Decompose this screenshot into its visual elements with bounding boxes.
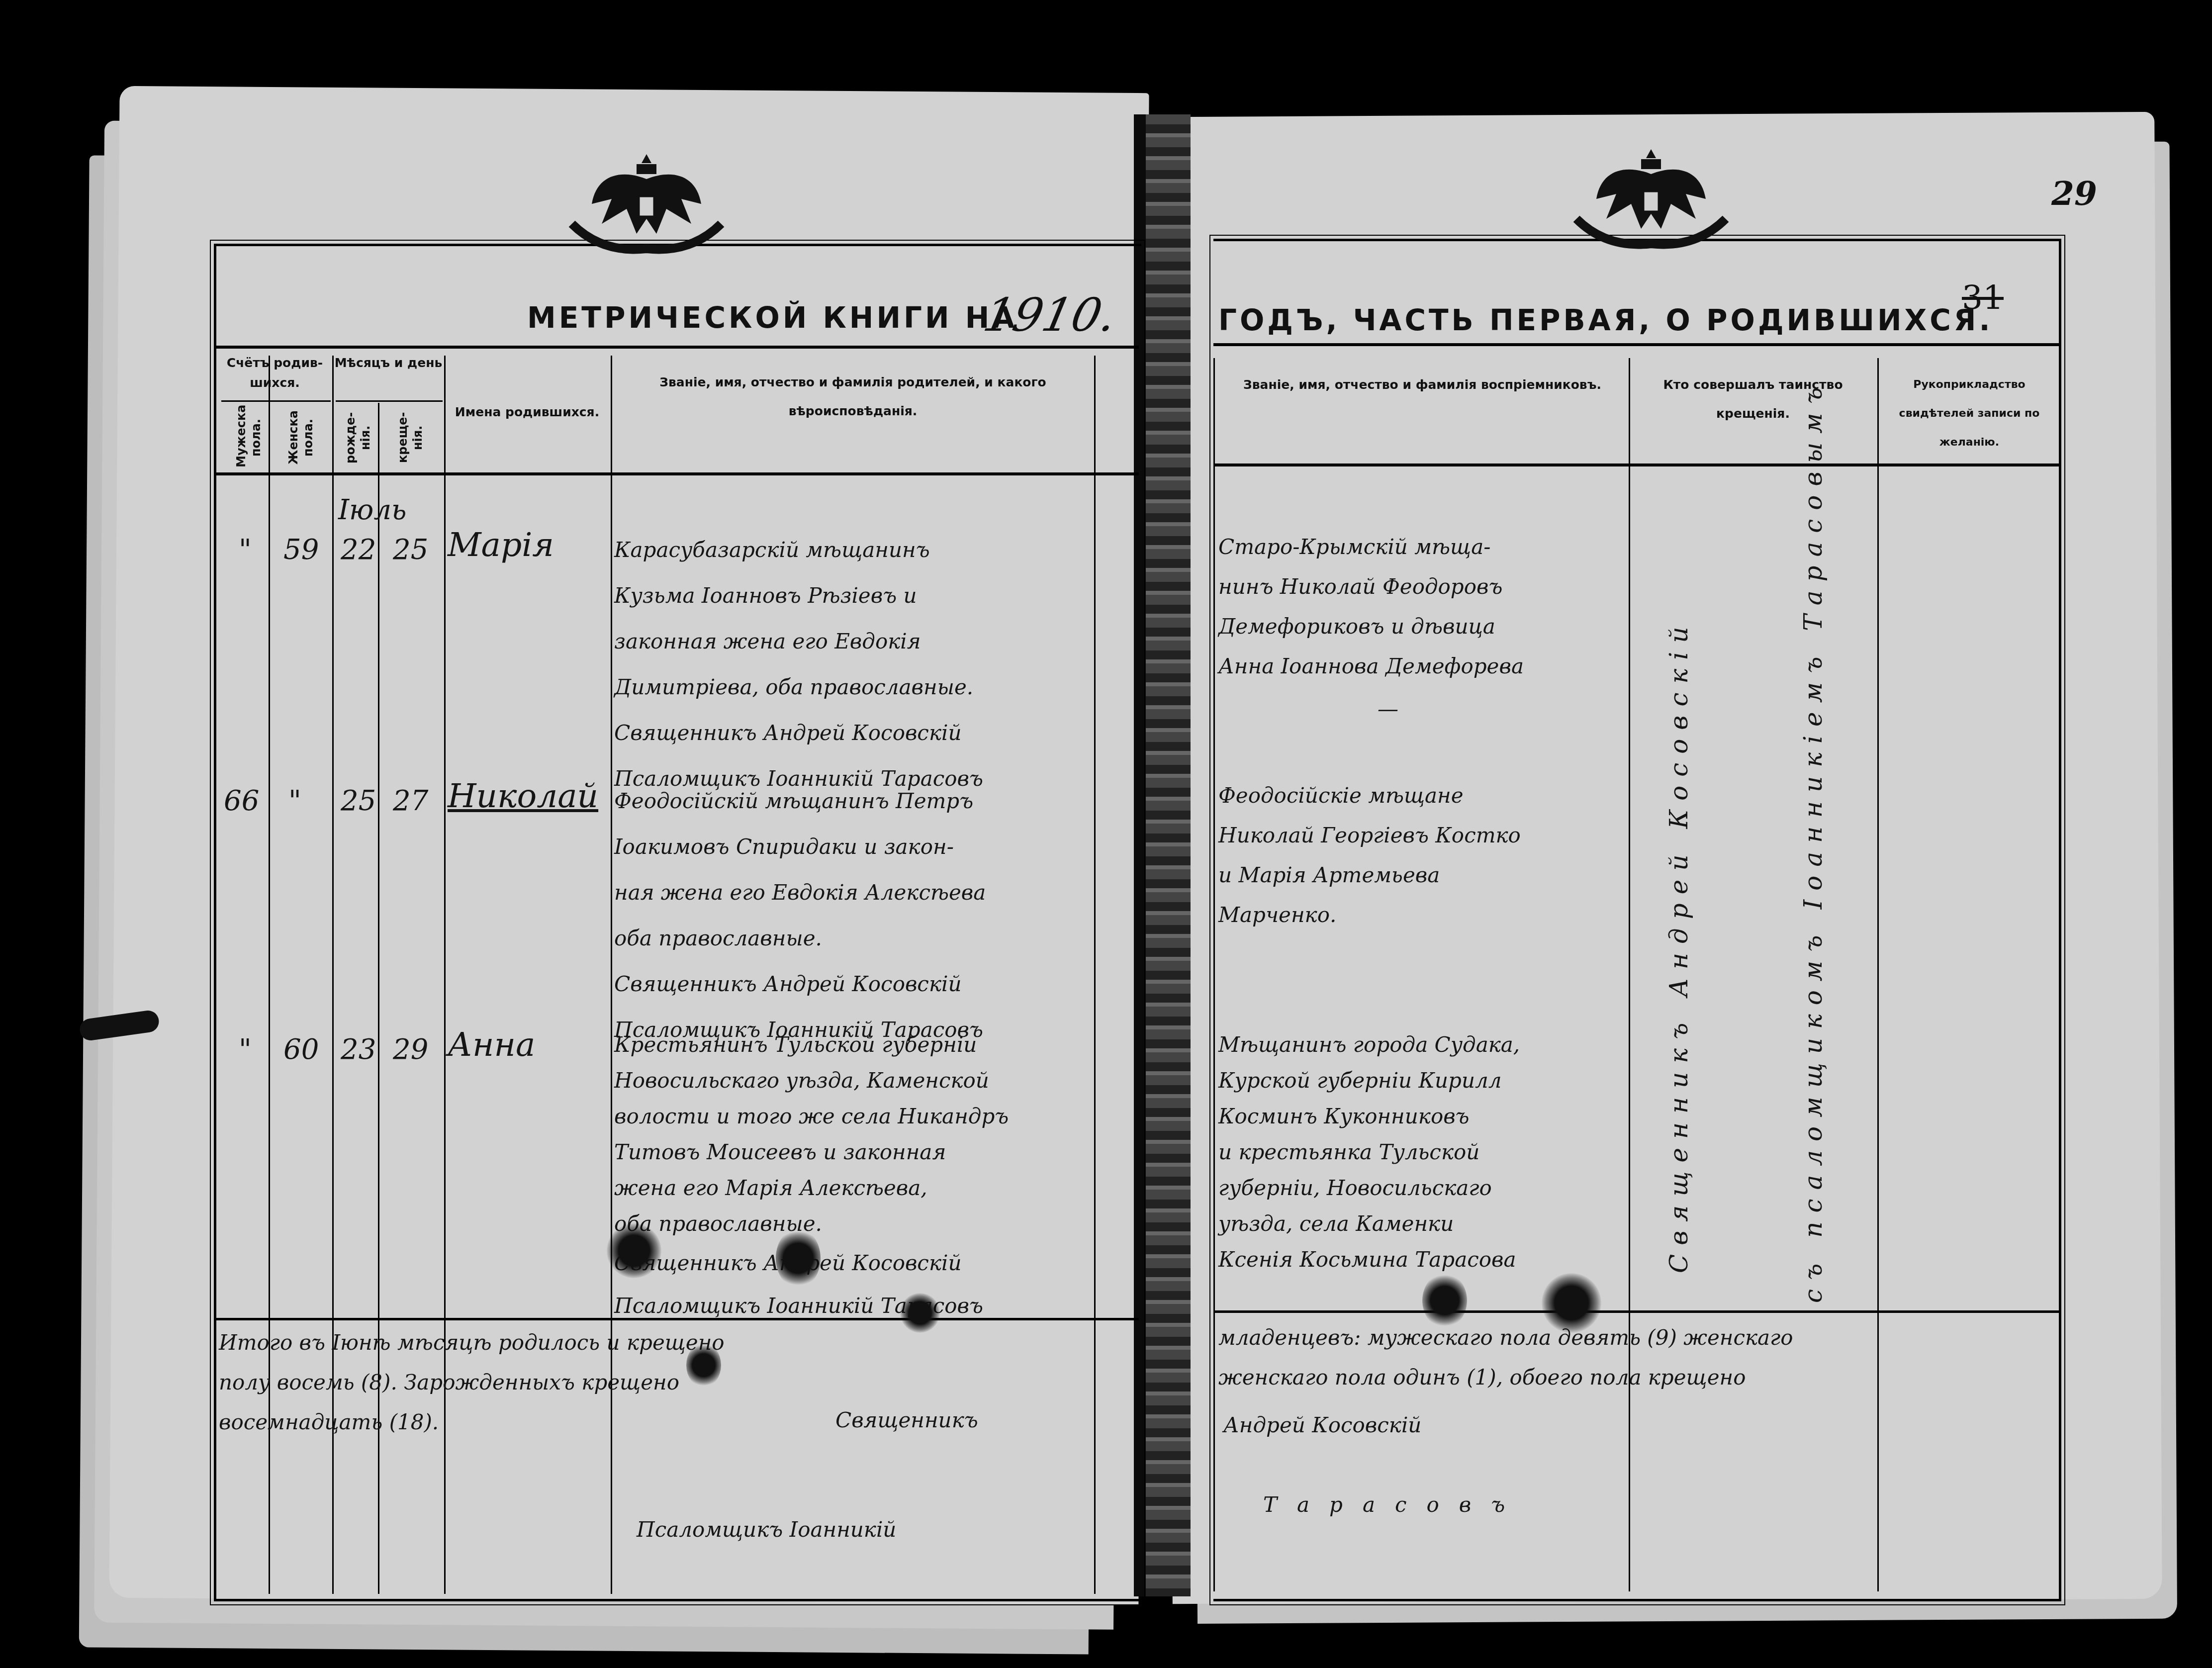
col-line [1213,358,1215,1591]
folio-number: 29 [2051,174,2097,213]
entry-2-birth-day: 25 [341,778,376,824]
header-baptism: креще-нія. [395,408,425,467]
title-rule-left [214,346,1139,349]
col-line [1629,358,1630,1591]
entry-2-male-no: 66 [224,778,259,824]
header-parents: Званіе, имя, отчество и фамилія родителе… [617,368,1089,426]
ink-blot [1422,1273,1467,1328]
ink-blot [686,1343,721,1388]
header-godparents: Званіе, имя, отчество и фамилія воспріем… [1228,371,1616,399]
entry-2-parents: Феодосійскій мѣщанинъ Петръ Іоакимовъ Сп… [614,778,986,1053]
entry-1-name: Марія [448,522,554,568]
entry-2-priest-signature: Священникъ Андрей Косовскій [614,961,986,1007]
book-year: 1910. [979,288,1121,342]
summary-left: Итого въ Іюнѣ мѣсяцѣ родилось и крещено … [219,1323,725,1442]
header-sub-rule-count [221,400,331,402]
entry-3-male-no: " [239,1027,252,1073]
book-spine [1134,114,1191,1596]
col-line [1877,358,1879,1591]
ink-blot [776,1228,821,1288]
header-female: Женска пола. [286,408,316,467]
header-month-day: Мѣсяцъ и день [334,353,443,373]
entry-2-baptism-day: 27 [393,778,428,824]
header-male: Мужеска пола. [234,408,264,467]
col-line [1094,356,1096,1594]
header-names: Имена родившихся. [445,398,609,427]
entry-2-name: Николай [448,773,598,819]
ink-blot [900,1293,940,1333]
summary-rule-right [1213,1310,2059,1313]
entry-1-parents: Карасубазарскій мѣщанинъ Кузьма Іоанновъ… [614,527,983,802]
priest-vertical-text: Священникъ Андрей Косовскій [1656,477,1702,1273]
imperial-eagle-crest-icon [562,149,731,259]
entry-3-birth-day: 23 [341,1027,376,1073]
summary-priest-title: Священникъ [835,1397,978,1443]
entry-3-female-no: 60 [283,1027,319,1073]
header-count: Счётъ родив-шихся. [219,353,331,393]
header-witnesses: Рукоприкладство свидѣтелей записи по жел… [1882,371,2056,457]
printed-page-number: 31 [1962,278,2004,317]
summary-psalmist-signature: Псаломщикъ Іоанникій [637,1507,896,1553]
entry-1-baptism-day: 25 [393,527,428,573]
title-rule-right [1213,343,2059,346]
entry-2-female-no: " [288,778,301,824]
header-sub-rule-date [336,400,443,402]
entry-3-baptism-day: 29 [393,1027,428,1073]
entry-1-birth-day: 22 [341,527,376,573]
entry-3-name: Анна [448,1022,535,1068]
header-rule-left [214,472,1139,475]
summary-psalmist-surname: Тарасовъ [1263,1482,1525,1528]
entry-1-female-no: 59 [283,527,319,573]
entry-1-godparents: Старо-Крымскій мѣща- нинъ Николай Феодор… [1218,527,1524,732]
entry-3-psalmist-signature: Псаломщикъ Іоанникій Тарасовъ [614,1285,1009,1327]
header-rule-right [1213,463,2059,466]
psalmist-vertical-text: съ псаломщикомъ Іоанникіемъ Тарасовымъ [1790,458,1836,1303]
entry-1-month: Іюль [338,487,407,533]
entry-1-priest-signature: Священникъ Андрей Косовскій [614,710,983,756]
book-subtitle: ГОДЪ, ЧАСТЬ ПЕРВАЯ, О РОДИВШИХСЯ. [1218,303,1993,337]
summary-right: младенцевъ: мужескаго пола девять (9) же… [1218,1318,1793,1397]
imperial-eagle-crest-icon [1567,144,1736,254]
header-birth: рожде-нія. [343,408,373,467]
book-title: МЕТРИЧЕСКОЙ КНИГИ НА [527,301,1017,335]
ink-blot [1542,1273,1601,1333]
entry-2-godparents: Феодосійскіе мѣщане Николай Георгіевъ Ко… [1218,776,1521,935]
entry-1-male-no: " [239,527,252,573]
summary-priest-signature: Андрей Косовскій [1223,1402,1421,1448]
entry-3-parents: Крестьянинъ Тульской губерніи Новосильск… [614,1027,1009,1327]
entry-3-godparents: Мѣщанинъ города Судака, Курской губерніи… [1218,1027,1520,1278]
header-priest: Кто совершалъ таинство крещенія. [1634,371,1872,428]
ink-blot [607,1223,661,1278]
